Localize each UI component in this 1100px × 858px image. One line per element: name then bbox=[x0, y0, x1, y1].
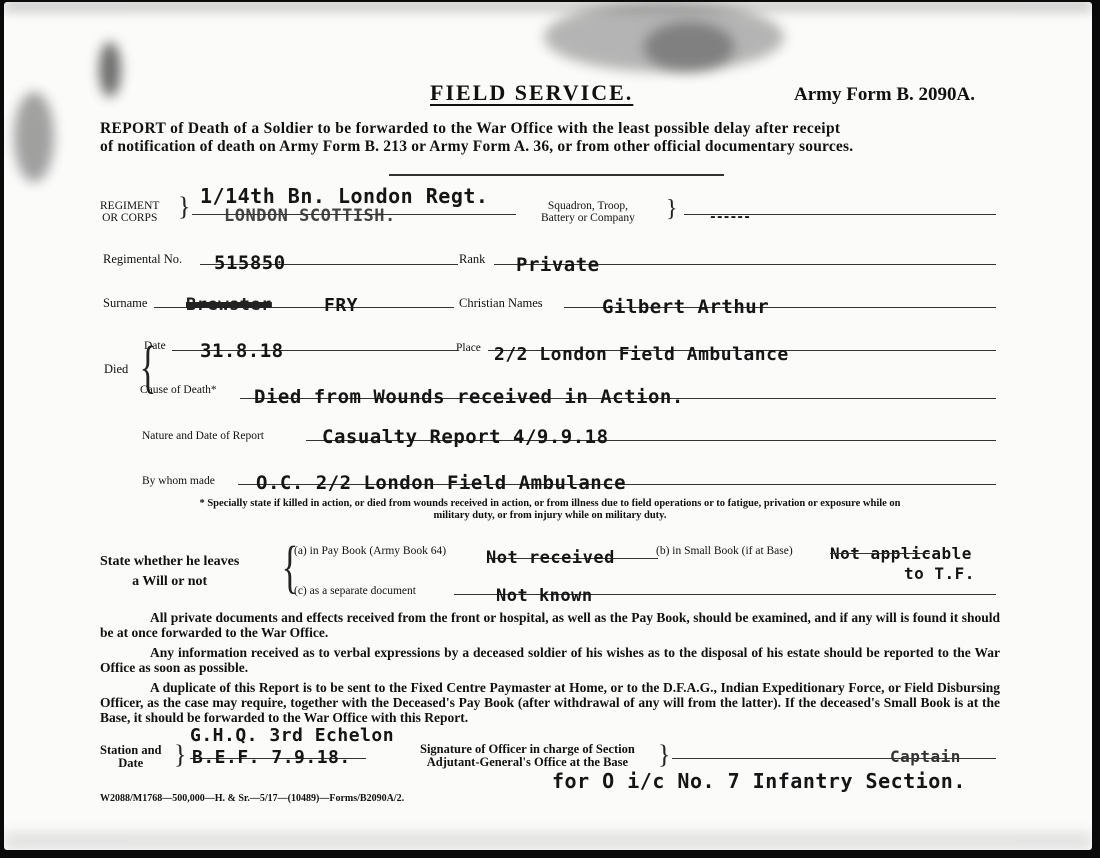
will-b-rule bbox=[830, 553, 930, 554]
regiment-label: REGIMENT OR CORPS bbox=[100, 200, 159, 224]
ink-stain bbox=[99, 42, 121, 97]
regiment-label-line2: OR CORPS bbox=[100, 212, 159, 224]
brace-icon: } bbox=[178, 192, 190, 222]
surname-struck-value: Brewster bbox=[186, 295, 272, 315]
instruction-text-3: A duplicate of this Report is to be sent… bbox=[100, 680, 1000, 725]
intro-line-2: of notification of death on Army Form B.… bbox=[100, 138, 853, 156]
will-b-value-line2[interactable]: to T.F. bbox=[904, 564, 975, 583]
will-label-line1: State whether he leaves bbox=[100, 552, 239, 572]
signature-label: Signature of Officer in charge of Sectio… bbox=[420, 743, 635, 769]
will-c-value[interactable]: Not known bbox=[496, 586, 593, 606]
by-whom-value[interactable]: O.C. 2/2 London Field Ambulance bbox=[256, 472, 626, 494]
scan-shadow bbox=[4, 2, 1092, 10]
place-value[interactable]: 2/2 London Field Ambulance bbox=[494, 344, 789, 365]
christian-names-value[interactable]: Gilbert Arthur bbox=[602, 296, 769, 318]
scanned-form-page: FIELD SERVICE. Army Form B. 2090A. REPOR… bbox=[4, 2, 1092, 850]
surname-label: Surname bbox=[103, 296, 147, 311]
christian-names-label: Christian Names bbox=[459, 296, 543, 311]
signature-label-line2: Adjutant-General's Office at the Base bbox=[420, 756, 635, 769]
instruction-text-2: Any information received as to verbal ex… bbox=[100, 645, 1000, 675]
signature-struck-title: Captain bbox=[890, 747, 961, 766]
place-label: Place bbox=[456, 342, 481, 354]
footnote-line2: military duty, or from injury while on m… bbox=[130, 510, 970, 522]
print-code: W2088/M1768—500,000—H. & Sr.—5/17—(10489… bbox=[100, 793, 404, 804]
will-label: State whether he leaves a Will or not bbox=[100, 552, 239, 592]
form-title: FIELD SERVICE. bbox=[430, 80, 633, 106]
station-label-line2: Date bbox=[100, 757, 161, 770]
footnote: * Specially state if killed in action, o… bbox=[130, 498, 970, 522]
nature-of-report-label: Nature and Date of Report bbox=[142, 430, 264, 442]
nature-of-report-value[interactable]: Casualty Report 4/9.9.18 bbox=[322, 426, 609, 448]
death-date-value[interactable]: 31.8.18 bbox=[200, 340, 284, 362]
regimental-no-value[interactable]: 515850 bbox=[214, 252, 286, 274]
regimental-no-label: Regimental No. bbox=[103, 252, 182, 267]
brace-icon: } bbox=[658, 740, 670, 770]
surname-value[interactable]: FRY bbox=[324, 295, 358, 316]
station-label: Station and Date bbox=[100, 744, 161, 770]
date-label: Date bbox=[144, 340, 166, 352]
regiment-rule bbox=[192, 214, 516, 215]
brace-icon: } bbox=[666, 194, 678, 224]
squadron-label: Squadron, Troop, Battery or Company bbox=[541, 200, 635, 224]
ink-stain bbox=[644, 22, 734, 72]
regiment-label-line1: REGIMENT bbox=[100, 200, 159, 212]
instruction-paragraph-1: All private documents and effects receiv… bbox=[100, 610, 1000, 640]
station-value-line2[interactable]: B.E.F. 7.9.18. bbox=[192, 747, 351, 768]
rank-value[interactable]: Private bbox=[516, 254, 600, 276]
will-a-label: (a) in Pay Book (Army Book 64) bbox=[294, 545, 446, 557]
scan-shadow bbox=[4, 832, 1092, 850]
cause-label: Cause of Death* bbox=[140, 384, 217, 396]
will-c-label: (c) as a separate document bbox=[294, 585, 416, 597]
will-a-value[interactable]: Not received bbox=[486, 548, 615, 568]
by-whom-label: By whom made bbox=[142, 475, 215, 487]
regiment-value-line1[interactable]: 1/14th Bn. London Regt. bbox=[200, 184, 488, 208]
squadron-label-line1: Squadron, Troop, bbox=[541, 200, 635, 212]
form-number: Army Form B. 2090A. bbox=[794, 84, 975, 106]
divider bbox=[389, 174, 724, 176]
squadron-label-line2: Battery or Company bbox=[541, 212, 635, 224]
footnote-line1: * Specially state if killed in action, o… bbox=[130, 498, 970, 510]
station-value-line1[interactable]: G.H.Q. 3rd Echelon bbox=[190, 725, 394, 746]
died-label: Died bbox=[104, 362, 128, 377]
ink-stain bbox=[14, 92, 54, 182]
instruction-paragraph-3: A duplicate of this Report is to be sent… bbox=[100, 680, 1000, 725]
intro-line-1: REPORT of Death of a Soldier to be forwa… bbox=[100, 120, 840, 138]
regiment-value-line2[interactable]: LONDON SCOTTISH. bbox=[224, 206, 396, 226]
brace-icon: } bbox=[174, 740, 186, 770]
signature-value[interactable]: for O i/c No. 7 Infantry Section. bbox=[552, 769, 966, 793]
instruction-text-1: All private documents and effects receiv… bbox=[100, 610, 1000, 640]
cause-value[interactable]: Died from Wounds received in Action. bbox=[254, 386, 684, 408]
squadron-value[interactable]: ------ bbox=[709, 210, 750, 225]
instruction-paragraph-2: Any information received as to verbal ex… bbox=[100, 645, 1000, 675]
will-label-line2: a Will or not bbox=[100, 572, 239, 592]
will-b-label: (b) in Small Book (if at Base) bbox=[656, 545, 793, 557]
rank-label: Rank bbox=[459, 252, 485, 267]
